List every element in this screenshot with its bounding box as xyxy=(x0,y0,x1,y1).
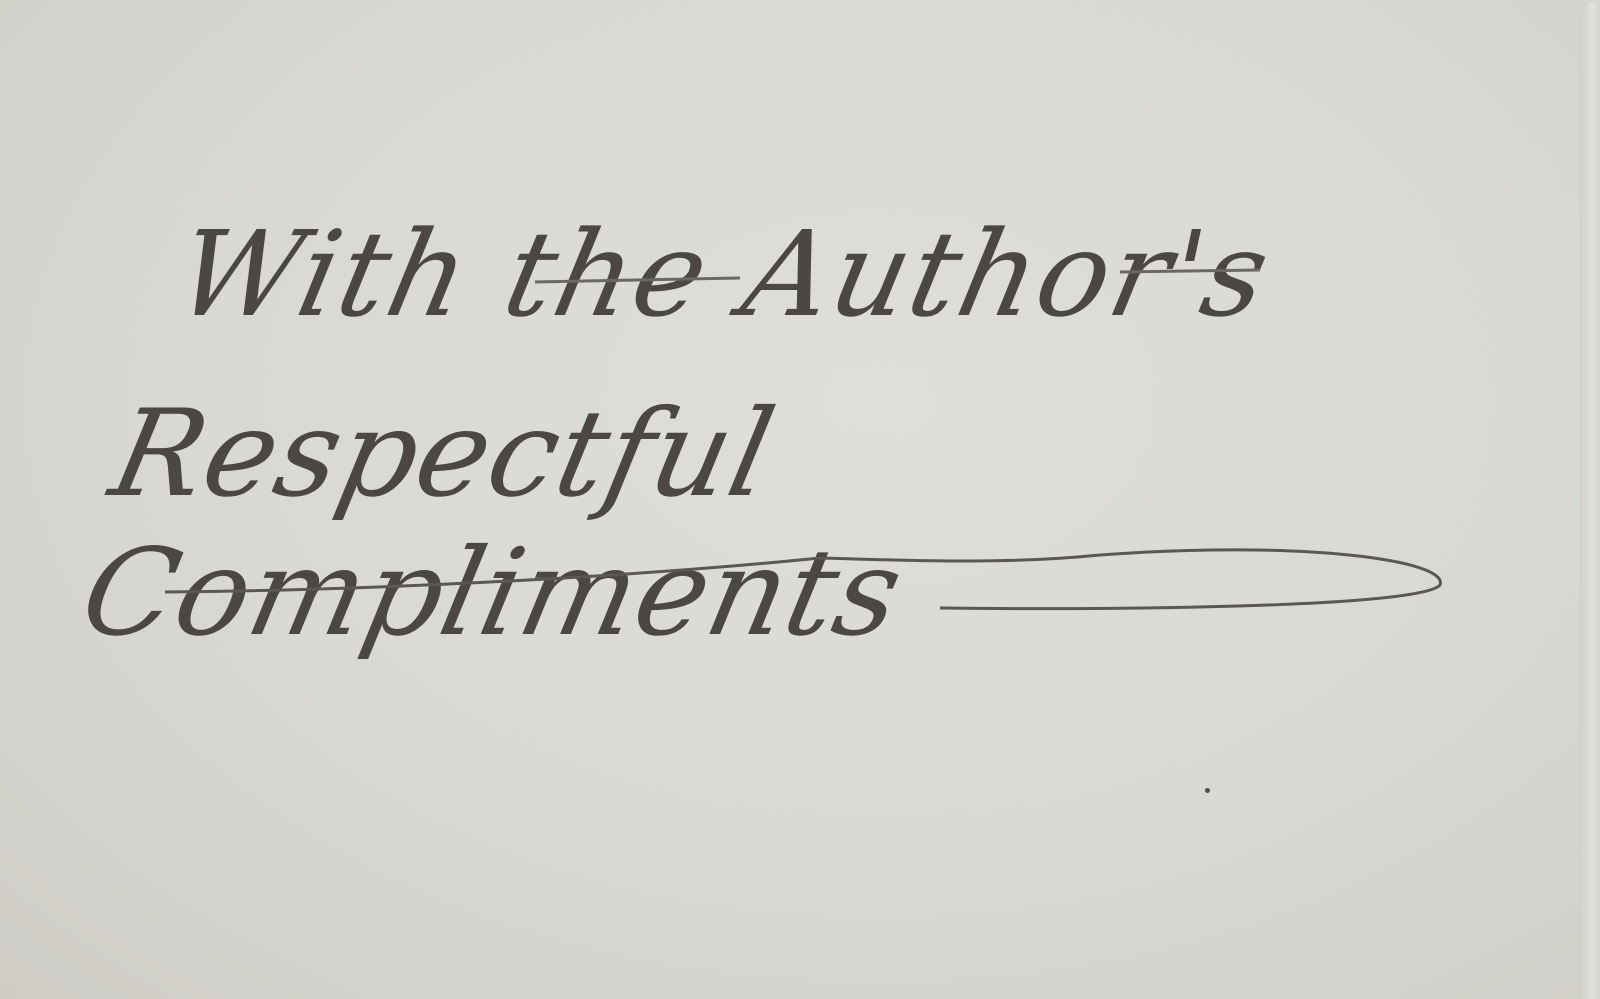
underline-flourish xyxy=(0,0,1600,999)
paper-photo: With the Author's Respectful Compliments xyxy=(0,0,1600,999)
ink-speck xyxy=(1205,788,1210,793)
